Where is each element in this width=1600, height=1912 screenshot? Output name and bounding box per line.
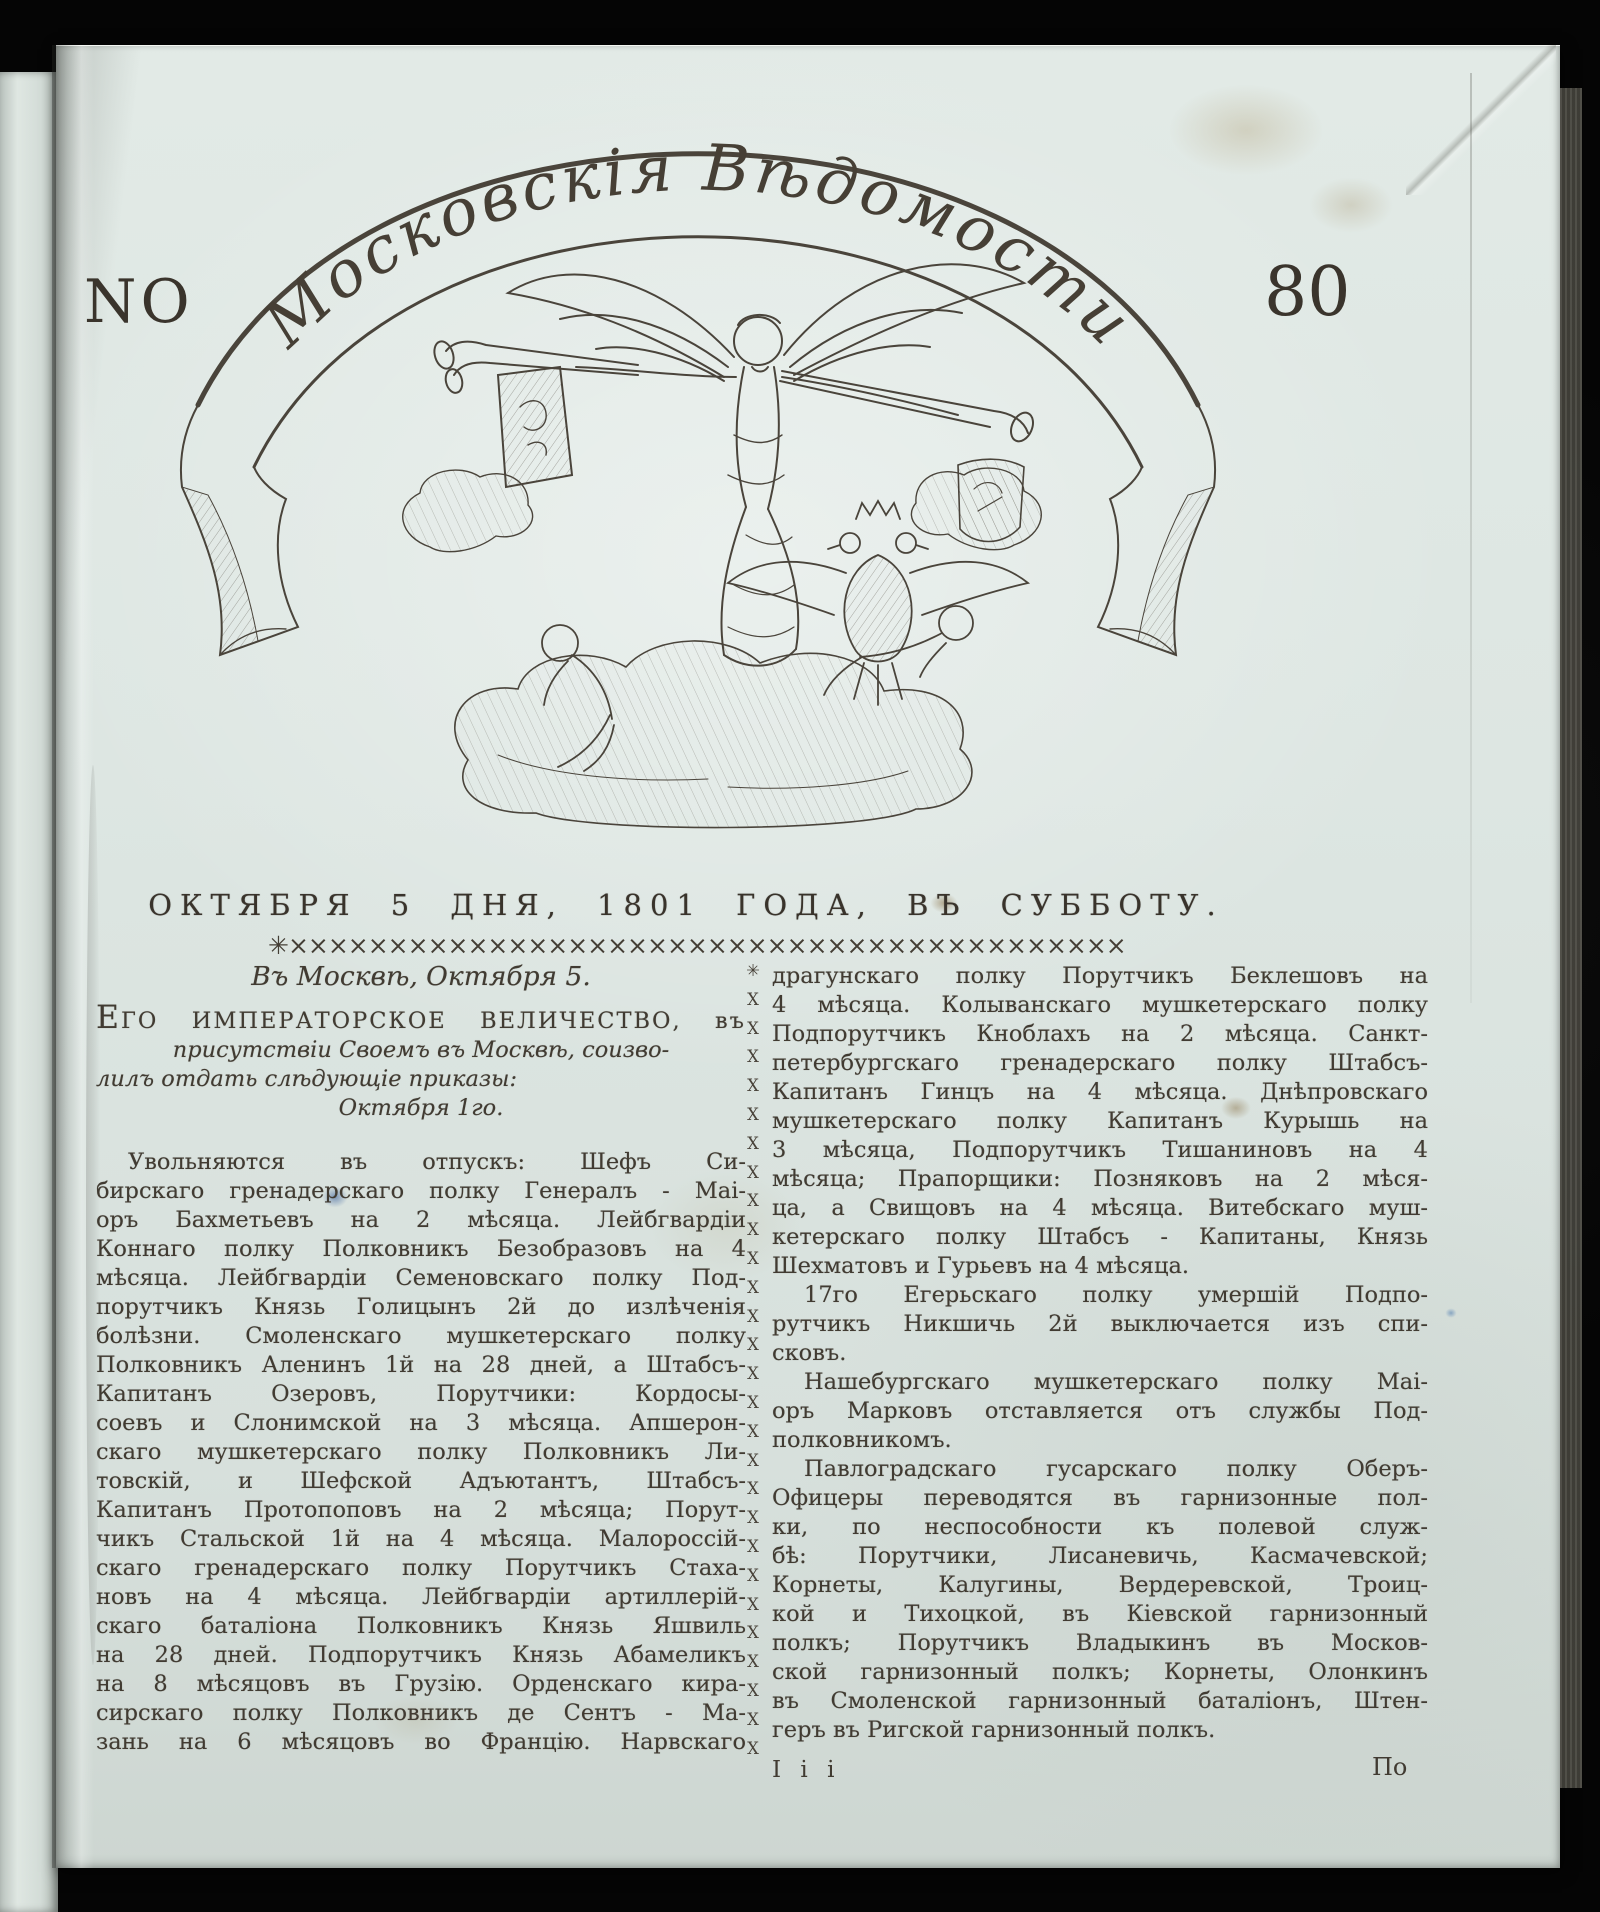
text-line: мушкетерскаго полку Капитанъ Курышь на: [772, 1107, 1428, 1136]
text-line: соевъ и Слонимской на 3 мѣсяца. Апшерон-: [96, 1409, 746, 1438]
page-fold-line: [1470, 73, 1472, 1003]
text-line: присутствіи Своемъ въ Москвѣ, соизво-: [96, 1036, 746, 1065]
text-line: порутчикъ Князь Голицынъ 2й до излѣченія: [96, 1293, 746, 1322]
text-line: рутчикъ Никшичь 2й выключается изъ спи-: [772, 1310, 1428, 1339]
text-line: скаго баталіона Полковникъ Князь Яшвиль: [96, 1612, 746, 1641]
text-line: сковъ.: [772, 1339, 1428, 1368]
text-line: сирскаго полку Полковникъ де Сентъ - Ма-: [96, 1699, 746, 1728]
newspaper-page: NO 80: [56, 45, 1560, 1868]
masthead-title-text: Московскія Вѣдомости: [248, 132, 1147, 363]
title-banner: [181, 154, 1215, 655]
text-line: кетерскаго полку Штабсъ - Капитаны, Княз…: [772, 1223, 1428, 1252]
text-line: Шехматовъ и Гурьевъ на 4 мѣсяца.: [772, 1252, 1428, 1281]
text-line: Корнеты, Калугины, Вердеревской, Троиц-: [772, 1571, 1428, 1600]
column-divider-ornament: ✳ Х Х Х Х Х Х Х Х Х Х Х Х Х Х Х Х Х Х Х …: [740, 957, 766, 1763]
text-line: ской гарнизонный полкъ; Корнеты, Олонкин…: [772, 1658, 1428, 1687]
text-line: Павлоградскаго гусарскаго полку Оберъ-: [772, 1455, 1428, 1484]
text-line: болѣзни. Смоленскаго мушкетерскаго полку: [96, 1322, 746, 1351]
text-line: скаго мушкетерскаго полку Полковникъ Ли-: [96, 1438, 746, 1467]
text-line: Офицеры переводятся въ гарнизонные пол-: [772, 1484, 1428, 1513]
text-line: товскій, и Шефской Адъютантъ, Штабсъ-: [96, 1467, 746, 1496]
paper-stain: [1291, 165, 1411, 245]
text-line: новъ на 4 мѣсяца. Лейбгвардіи артиллерій…: [96, 1583, 746, 1612]
text-line: Нашебургскаго мушкетерскаго полку Маі-: [772, 1368, 1428, 1397]
scan-background: NO 80: [0, 0, 1600, 1912]
text-line: Октября 1го.: [96, 1094, 746, 1123]
text-line: чикъ Стальской 1й на 4 мѣсяца. Малороссі…: [96, 1525, 746, 1554]
text-line: бирскаго гренадерскаго полку Генералъ - …: [96, 1177, 746, 1206]
text-line: геръ въ Ригской гарнизонный полкъ.: [772, 1716, 1428, 1745]
book-fore-edge: [1560, 88, 1582, 1788]
text-line: оръ Марковъ отставляется отъ службы Под-: [772, 1397, 1428, 1426]
text-line: Коннаго полку Полковникъ Безобразовъ на …: [96, 1235, 746, 1264]
catchword: По: [1372, 1753, 1407, 1781]
text-line: скаго гренадерскаго полку Порутчикъ Стах…: [96, 1554, 746, 1583]
text-line: ца, а Свищовъ на 4 мѣсяца. Витебскаго му…: [772, 1194, 1428, 1223]
text-line: въ Смоленской гарнизонный баталіонъ, Ште…: [772, 1687, 1428, 1716]
text-line: на 28 дней. Подпорутчикъ Князь Абамеликъ: [96, 1641, 746, 1670]
text-line: мѣсяца; Прапорщики: Позняковъ на 2 мѣся-: [772, 1165, 1428, 1194]
angel-figure: [431, 264, 1037, 665]
text-line: полковникомъ.: [772, 1426, 1428, 1455]
text-line: Полковникъ Аленинъ 1й на 28 дней, а Штаб…: [96, 1351, 746, 1380]
text-line: лилъ отдать слѣдующіе приказы:: [96, 1065, 746, 1094]
shield-st-george: [958, 459, 1024, 541]
text-line: ки, по неспособности къ полевой служ-: [772, 1513, 1428, 1542]
text-line: зань на 6 мѣсяцовъ во Францію. Нарвскаго: [96, 1728, 746, 1757]
ink-speck-blue: [1444, 1307, 1458, 1319]
text-line: бѣ: Порутчики, Лисаневичь, Касмачевской;: [772, 1542, 1428, 1571]
text-line: ЕГО ИМПЕРАТОРСКОЕ ВЕЛИЧЕСТВО, въ: [96, 1004, 746, 1036]
corner-fold-mark: [1406, 45, 1556, 195]
signature-mark: І і і: [772, 1757, 840, 1783]
text-line: Капитанъ Гинцъ на 4 мѣсяца. Днѣпровскаго: [772, 1078, 1428, 1107]
text-line: Капитанъ Протопоповъ на 2 мѣсяца; Порут-: [96, 1496, 746, 1525]
text-line: мѣсяца. Лейбгвардіи Семеновскаго полку П…: [96, 1264, 746, 1293]
column-left: Въ Москвѣ, Октября 5.ЕГО ИМПЕРАТОРСКОЕ В…: [96, 962, 746, 1757]
text-line: Капитанъ Озеровъ, Порутчики: Кордосы-: [96, 1380, 746, 1409]
text-line: полкъ; Порутчикъ Владыкинъ въ Москов-: [772, 1629, 1428, 1658]
text-line: оръ Бахметьевъ на 2 мѣсяца. Лейбгвардіи: [96, 1206, 746, 1235]
issue-number: 80: [1264, 253, 1351, 332]
text-line: драгунскаго полку Порутчикъ Беклешовъ на: [772, 962, 1428, 991]
masthead-engraving: Московскія Вѣдомости: [168, 115, 1228, 855]
dateline: ОКТЯБРЯ 5 ДНЯ, 1801 ГОДА, ВЪ СУББОТУ.: [66, 888, 1306, 922]
text-line: на 8 мѣсяцовъ въ Грузію. Орденскаго кира…: [96, 1670, 746, 1699]
text-line: 4 мѣсяца. Колыванскаго мушкетерскаго пол…: [772, 991, 1428, 1020]
text-line: петербургскаго гренадерскаго полку Штабс…: [772, 1049, 1428, 1078]
text-line: кой и Тихоцкой, въ Кіевской гарнизонный: [772, 1600, 1428, 1629]
text-line: Въ Москвѣ, Октября 5.: [96, 962, 746, 991]
adjacent-page-edge: [0, 72, 58, 1912]
horizontal-ornament-divider: ✳×××××××××××××××××××××××××××××××××××××××…: [268, 931, 1128, 960]
text-line: Подпорутчикъ Кноблахъ на 2 мѣсяца. Санкт…: [772, 1020, 1428, 1049]
text-line: 3 мѣсяца, Подпорутчикъ Тишаниновъ на 4: [772, 1136, 1428, 1165]
column-right: драгунскаго полку Порутчикъ Беклешовъ на…: [772, 962, 1428, 1745]
text-line: Увольняются въ отпускъ: Шефъ Си-: [96, 1148, 746, 1177]
text-line: 17го Егерьскаго полку умершій Подпо-: [772, 1281, 1428, 1310]
